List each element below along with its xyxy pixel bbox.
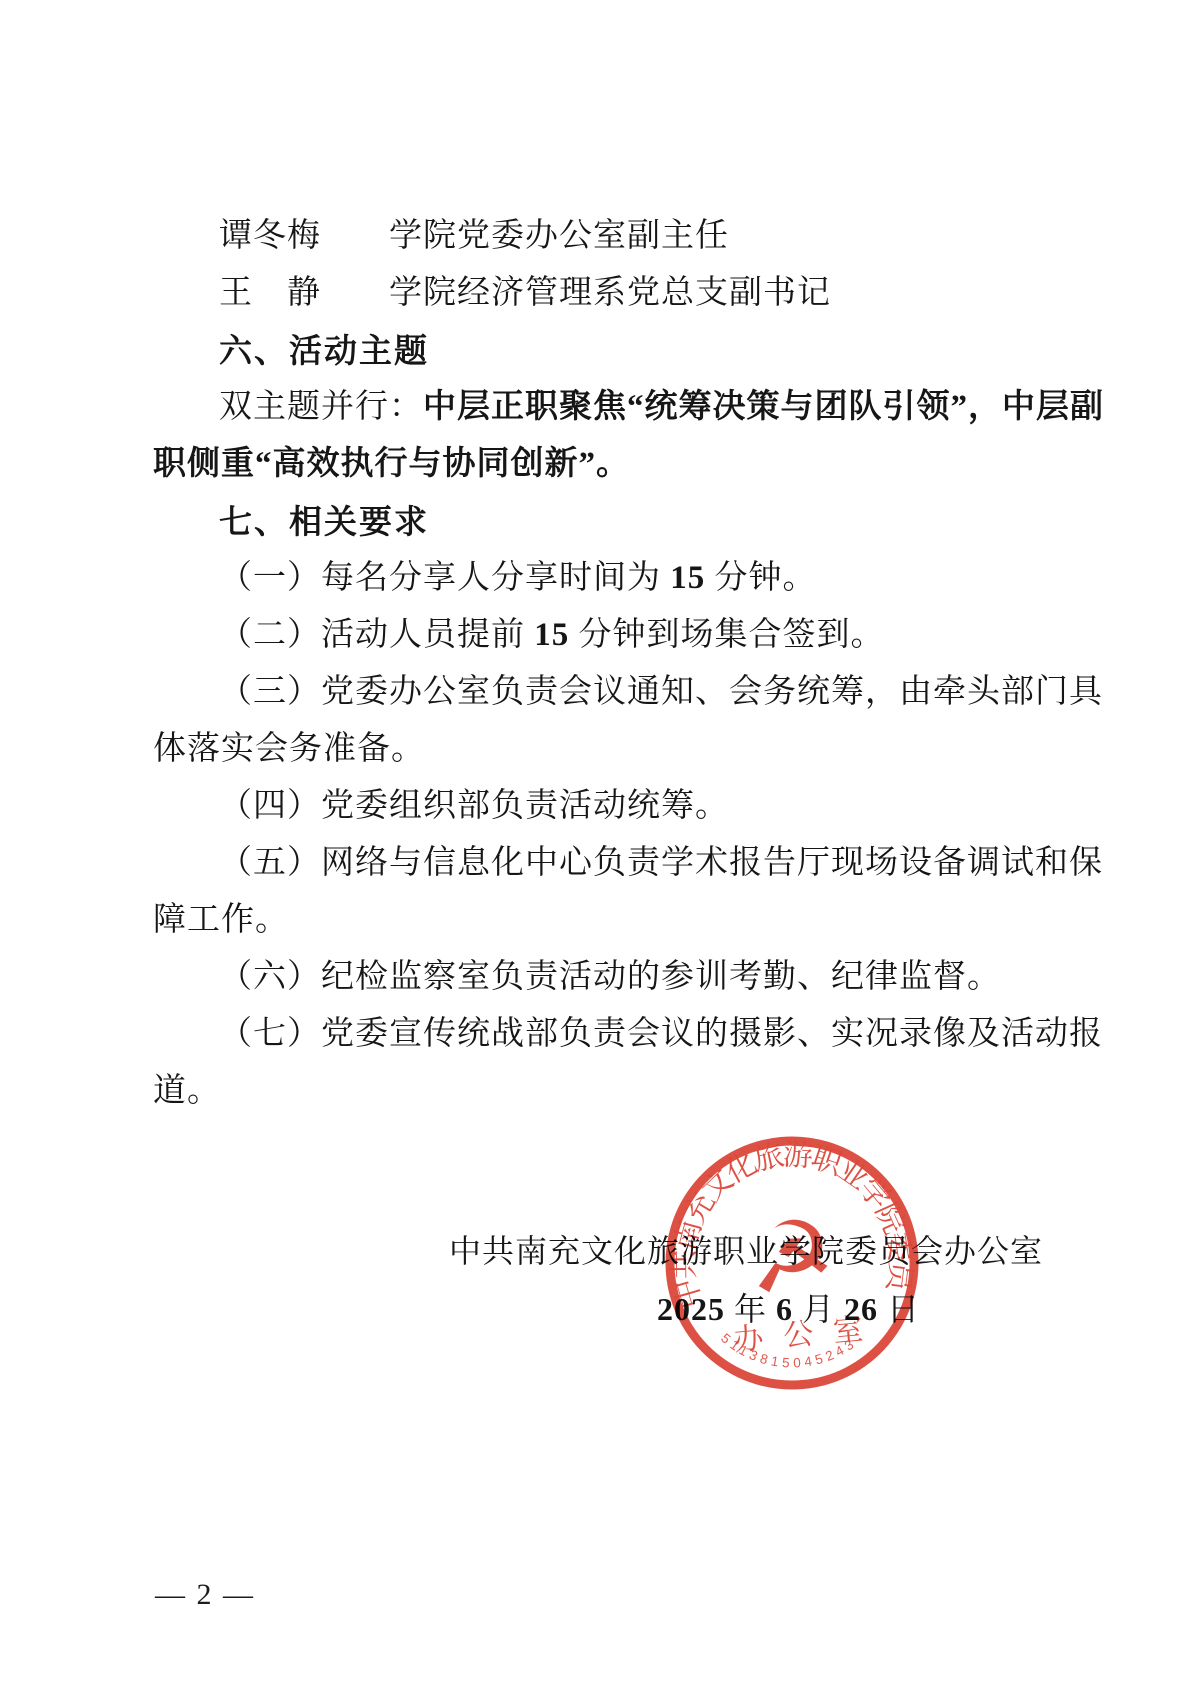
document-line: （四）党委组织部负责活动统筹。 [153, 778, 1043, 835]
page-number: — 2 — [155, 1578, 255, 1612]
document-line: 谭冬梅 学院党委办公室副主任 [153, 208, 1043, 265]
document-line: 双主题并行：中层正职聚焦“统筹决策与团队引领”，中层副 [153, 379, 1043, 436]
document-line: （六）纪检监察室负责活动的参训考勤、纪律监督。 [153, 949, 1043, 1006]
section-heading: 七、相关要求 [153, 493, 1043, 550]
document-line: （三）党委办公室负责会议通知、会务统筹，由牵头部门具 [153, 664, 1043, 721]
document-line: （一）每名分享人分享时间为 15 分钟。 [153, 550, 1043, 607]
section-heading: 六、活动主题 [153, 322, 1043, 379]
official-seal: 中共南充文化旅游职业学院委员会 ☭ 办公室 5113815045243 [648, 1119, 936, 1407]
document-line: （七）党委宣传统战部负责会议的摄影、实况录像及活动报 [153, 1006, 1043, 1063]
document-line: 王 静 学院经济管理系党总支副书记 [153, 265, 1043, 322]
document-body: 谭冬梅 学院党委办公室副主任 王 静 学院经济管理系党总支副书记 六、活动主题 … [153, 208, 1043, 1120]
document-line: （五）网络与信息化中心负责学术报告厅现场设备调试和保 [153, 835, 1043, 892]
document-line: 体落实会务准备。 [153, 721, 1043, 778]
document-line: （二）活动人员提前 15 分钟到场集合签到。 [153, 607, 1043, 664]
document-line: 职侧重“高效执行与协同创新”。 [153, 436, 1043, 493]
line-prefix: 双主题并行： [219, 389, 423, 425]
line-emphasis: 中层正职聚焦“统筹决策与团队引领”，中层副 [423, 389, 1104, 425]
document-page: 谭冬梅 学院党委办公室副主任 王 静 学院经济管理系党总支副书记 六、活动主题 … [0, 0, 1191, 1684]
document-line: 障工作。 [153, 892, 1043, 949]
hammer-sickle-icon: ☭ [744, 1197, 839, 1316]
document-line: 道。 [153, 1063, 1043, 1120]
